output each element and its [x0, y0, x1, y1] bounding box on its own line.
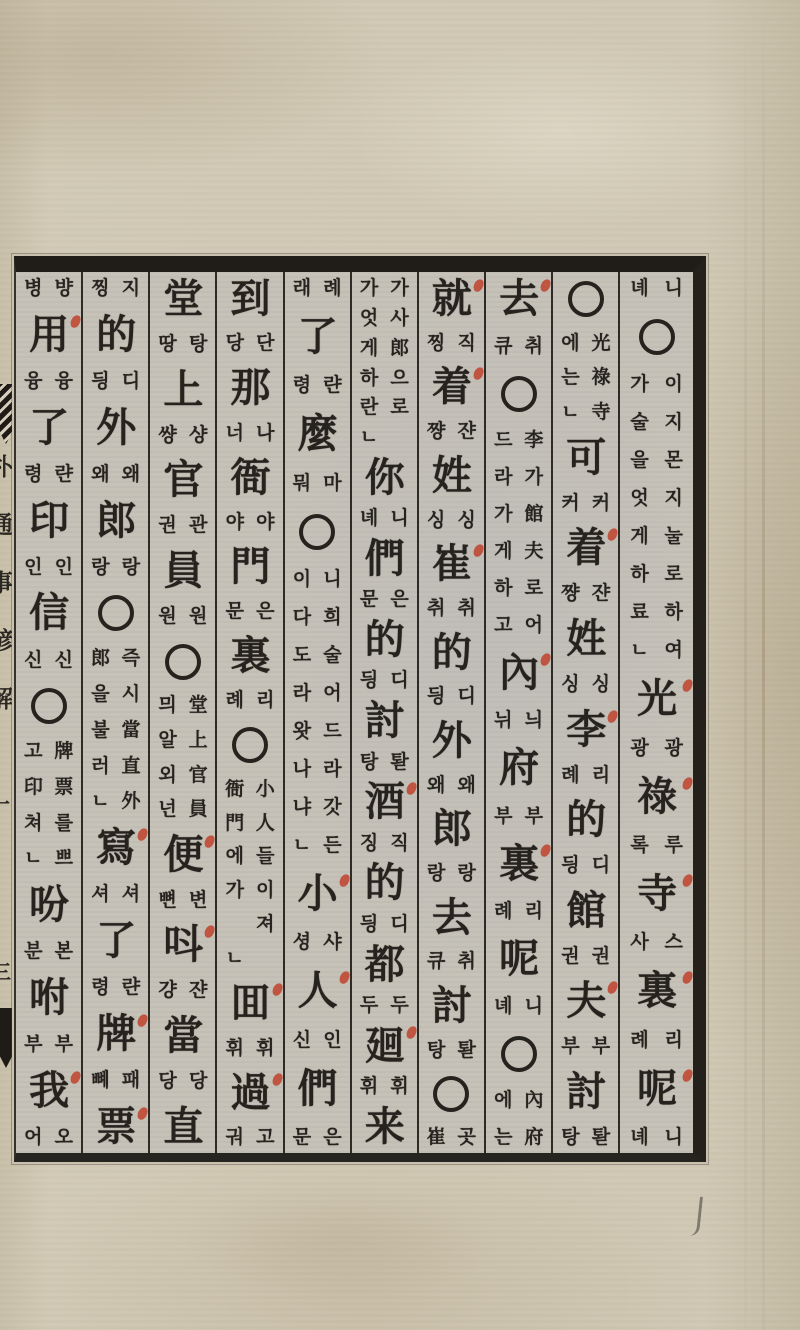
red-tone-mark [681, 970, 694, 985]
gloss-pair: 엇지 [621, 488, 692, 510]
gloss-right: 리 [520, 901, 548, 923]
gloss-right: 니 [658, 1127, 690, 1149]
gloss-right: 은 [318, 1127, 346, 1149]
hanzi-char: 府 [487, 747, 550, 790]
hanzi-char: 崔 [420, 543, 483, 586]
gloss-pair: 이니 [286, 569, 349, 591]
gloss-right: 디 [385, 914, 413, 936]
gloss-pair: 걍쟌 [151, 980, 214, 1002]
gloss-pair: 딍디 [353, 914, 416, 936]
gloss-right: 랸 [318, 375, 346, 397]
hanzi-char: 的 [420, 632, 483, 675]
gloss-left: 휘 [355, 1076, 383, 1098]
gloss-pair: 휘휘 [353, 1076, 416, 1098]
hanzi-char: 都 [353, 944, 416, 987]
gloss-left: 원 [153, 606, 181, 628]
gloss-right: 쟌 [184, 980, 212, 1002]
gloss-pair: 믜堂 [151, 695, 214, 717]
gloss-left: 례 [489, 901, 517, 923]
hanzi-char: 去 [487, 278, 550, 321]
circle-glyph [433, 1076, 469, 1112]
gloss-left: 례 [556, 765, 584, 787]
hanzi-char: 印 [17, 500, 80, 543]
gloss-left: 권 [153, 515, 181, 537]
gloss-left: 왓 [288, 721, 316, 743]
gloss-right: 퇃 [452, 1040, 480, 1062]
red-tone-mark [681, 775, 694, 790]
gloss-pair: 뼌변 [151, 890, 214, 912]
hanzi-char: 李 [554, 709, 617, 752]
gloss-left: 왜 [422, 775, 450, 797]
hanzi-char: 着 [554, 527, 617, 570]
circle-glyph [165, 644, 201, 680]
gloss-right: 퇃 [587, 1127, 615, 1149]
gloss-right: 官 [184, 765, 212, 787]
gloss-pair: 나라 [286, 759, 349, 781]
gloss-right: 로 [520, 578, 548, 600]
gloss-pair: 라어 [286, 683, 349, 705]
gloss-right: 寺 [587, 402, 615, 424]
hanzi-char: 郎 [84, 500, 147, 543]
red-tone-mark [681, 873, 694, 888]
gloss-left: 하 [355, 368, 383, 390]
hanzi-char: 官 [151, 459, 214, 502]
red-tone-mark [472, 366, 485, 381]
gloss-left: 신 [288, 1030, 316, 1052]
gloss-pair: 딍디 [554, 855, 617, 877]
gloss-right: 신 [50, 650, 78, 672]
gloss-left: 인 [19, 557, 47, 579]
gloss-right: 취 [452, 951, 480, 973]
gloss-left: 부 [489, 806, 517, 828]
gloss-right: 지 [658, 488, 690, 510]
gloss-left: 취 [422, 598, 450, 620]
gloss-pair: 래례 [286, 278, 349, 300]
gloss-right: 가 [385, 278, 413, 300]
translation-start-circle [17, 685, 80, 727]
gloss-right: 퇃 [385, 752, 413, 774]
gloss-right: 랸 [117, 977, 145, 999]
gloss-pair: 큐취 [420, 951, 483, 973]
hanzi-char: 過 [218, 1072, 281, 1115]
red-tone-mark [69, 314, 82, 329]
gloss-right: 단 [251, 333, 279, 355]
gloss-pair: 엇사 [353, 308, 416, 330]
gloss-left: 싱 [422, 510, 450, 532]
gloss-pair: 러直 [84, 756, 147, 778]
gloss-left: 가 [489, 504, 517, 526]
gloss-right: 니 [658, 278, 690, 300]
gloss-right: 이 [658, 374, 690, 396]
hanzi-char: 着 [420, 366, 483, 409]
hanzi-char: 的 [84, 314, 147, 357]
gloss-left: 당 [221, 333, 249, 355]
red-tone-mark [271, 1072, 284, 1087]
hanzi-char: 咐 [17, 977, 80, 1020]
translation-start-circle [286, 511, 349, 553]
gloss-pair: 게夫 [487, 541, 550, 563]
gloss-right: 로 [385, 397, 413, 419]
gloss-left: ㄴ [624, 640, 656, 662]
gloss-pair: 다희 [286, 607, 349, 629]
gloss-pair: ㄴ쁘 [17, 848, 80, 870]
printed-text-frame: 녜니가이술지을몬엇지게눌하로료하ㄴ여光광광祿록루寺사스裏례리呢녜니에光는祿ㄴ寺可… [14, 256, 706, 1162]
gloss-left: 부 [19, 1034, 47, 1056]
hanzi-char: 酒 [353, 781, 416, 824]
gloss-left: 융 [19, 371, 47, 393]
hanzi-char: 信 [17, 592, 80, 635]
gloss-pair: 게郎 [353, 338, 416, 360]
gloss-pair: 두두 [353, 995, 416, 1017]
gloss-pair: 병뱡 [17, 278, 80, 300]
gloss-right: 고 [251, 1127, 279, 1149]
gloss-left: 탕 [556, 1127, 584, 1149]
gloss-right: 갓 [318, 797, 346, 819]
gloss-right: 부 [520, 806, 548, 828]
gloss-pair: 부부 [554, 1036, 617, 1058]
gloss-left: 딍 [422, 686, 450, 708]
paper-crease [762, 0, 765, 1330]
gloss-pair: 가이 [621, 374, 692, 396]
fishtail-ornament-upper-icon [0, 384, 15, 444]
gloss-right: 당 [184, 1071, 212, 1093]
hanzi-char: 門 [218, 546, 281, 589]
gloss-right: 눌 [658, 526, 690, 548]
gloss-pair: 뼤패 [84, 1070, 147, 1092]
hanzi-char: 們 [286, 1068, 349, 1111]
gloss-pair: 융융 [17, 371, 80, 393]
gloss-pair: 쨩쟌 [554, 583, 617, 605]
gloss-pair: 셔셔 [84, 884, 147, 906]
gloss-right: 마 [318, 473, 346, 495]
red-tone-mark [338, 970, 351, 985]
hanzi-char: 郎 [420, 808, 483, 851]
hanzi-char: 人 [286, 970, 349, 1013]
gloss-pair: 딍디 [84, 371, 147, 393]
gloss-left: 쳐 [19, 813, 47, 835]
gloss-right: 小 [251, 779, 279, 801]
hanzi-char: 呢 [487, 938, 550, 981]
gloss-pair: 광광 [621, 738, 692, 760]
hanzi-char: 員 [151, 550, 214, 593]
gloss-right: 변 [184, 890, 212, 912]
gloss-pair: 門人 [218, 813, 281, 835]
gloss-pair: 인인 [17, 557, 80, 579]
gloss-pair: 너나 [218, 423, 281, 445]
gloss-left: 는 [489, 1127, 517, 1149]
gloss-left: 에 [221, 846, 249, 868]
text-column-1: 녜니가이술지을몬엇지게눌하로료하ㄴ여光광광祿록루寺사스裏례리呢녜니 [618, 272, 693, 1153]
hanzi-char: 小 [286, 873, 349, 916]
gloss-pair: 도술 [286, 645, 349, 667]
gloss-left: 을 [86, 684, 114, 706]
gloss-left: 에 [556, 333, 584, 355]
gloss-right: 랑 [117, 557, 145, 579]
gloss-right: 夫 [520, 541, 548, 563]
gloss-right: 어 [318, 683, 346, 705]
gloss-right: 디 [117, 371, 145, 393]
gloss-pair: 불當 [84, 720, 147, 742]
gloss-left: 징 [355, 833, 383, 855]
gloss-right: 원 [184, 606, 212, 628]
gloss-left: 드 [489, 430, 517, 452]
gloss-right: 은 [385, 589, 413, 611]
gloss-right: 사 [385, 308, 413, 330]
gloss-pair: 랑랑 [420, 863, 483, 885]
gloss-right: 취 [520, 336, 548, 358]
gloss-left: 찡 [86, 278, 114, 300]
gloss-right: 票 [50, 777, 78, 799]
gloss-left: 을 [624, 450, 656, 472]
gloss-pair: 궈고 [218, 1127, 281, 1149]
gloss-right: 희 [318, 607, 346, 629]
gloss-right: 員 [184, 799, 212, 821]
gloss-left: 게 [624, 526, 656, 548]
hanzi-char: 廻 [353, 1025, 416, 1068]
hanzi-char: 那 [218, 367, 281, 410]
translation-start-circle [218, 724, 281, 766]
gloss-right: 府 [520, 1127, 548, 1149]
gloss-right: 샹 [184, 425, 212, 447]
spine-title-char: 朴 [0, 452, 14, 510]
gloss-pair: ㄴ든 [286, 835, 349, 857]
gloss-pair: 술지 [621, 412, 692, 434]
gloss-pair: 권관 [151, 515, 214, 537]
hanzi-char: 討 [420, 985, 483, 1028]
gloss-pair: 록루 [621, 835, 692, 857]
gloss-pair: 란로 [353, 397, 416, 419]
gloss-right: 어 [520, 615, 548, 637]
red-tone-mark [204, 924, 217, 939]
gloss-left: 냐 [288, 797, 316, 819]
hanzi-char: 寺 [621, 873, 692, 916]
red-tone-mark [405, 1025, 418, 1040]
gloss-pair: 衙小 [218, 779, 281, 801]
gloss-right: 든 [318, 835, 346, 857]
gloss-right: 광 [658, 738, 690, 760]
gloss-right: 들 [251, 846, 279, 868]
gloss-pair: 탕퇃 [420, 1040, 483, 1062]
gloss-left: 뉘 [489, 710, 517, 732]
gloss-right: 郎 [385, 338, 413, 360]
gloss-left: 다 [288, 607, 316, 629]
gloss-pair: 문은 [353, 589, 416, 611]
circle-glyph [31, 688, 67, 724]
gloss-pair: 외官 [151, 765, 214, 787]
red-tone-mark [606, 527, 619, 542]
gloss-left: 문 [288, 1127, 316, 1149]
text-column-5: 가가엇사게郎하으란로ㄴ你녜니們문은的딍디討탕퇃酒징직的딍디都두두廻휘휘来 [350, 272, 417, 1153]
gloss-pair: 부부 [487, 806, 550, 828]
gloss-right: 융 [50, 371, 78, 393]
hanzi-char: 光 [621, 678, 692, 721]
gloss-right: 시 [117, 684, 145, 706]
gloss-left: 가 [624, 374, 656, 396]
gloss-left: 게 [355, 338, 383, 360]
spine-title-char: 解 [0, 684, 14, 742]
gloss-left: 쨩 [556, 583, 584, 605]
hanzi-char: 可 [554, 437, 617, 480]
gloss-left: 문 [221, 601, 249, 623]
gloss-right: 싱 [452, 510, 480, 532]
hanzi-char: 的 [353, 862, 416, 905]
hanzi-char: 姓 [554, 618, 617, 661]
gloss-pair: 문은 [286, 1127, 349, 1149]
hanzi-char: 来 [353, 1106, 416, 1149]
circle-glyph [568, 281, 604, 317]
circle-glyph [98, 595, 134, 631]
gloss-pair: 딍디 [420, 686, 483, 708]
gloss-pair: 녜니 [487, 996, 550, 1018]
gloss-right: 內 [520, 1090, 548, 1112]
gloss-right: 人 [251, 813, 279, 835]
red-tone-mark [539, 652, 552, 667]
gloss-pair: 고牌 [17, 741, 80, 763]
gloss-right: 쁘 [50, 848, 78, 870]
gloss-pair: 싱싱 [420, 510, 483, 532]
gloss-left: 셩 [288, 932, 316, 954]
gloss-right: 술 [318, 645, 346, 667]
gloss-pair: ㄴ外 [84, 791, 147, 813]
gloss-right: 光 [587, 333, 615, 355]
gloss-pair: 싱싱 [554, 674, 617, 696]
gloss-right: 祿 [587, 367, 615, 389]
gloss-right: 부 [587, 1036, 615, 1058]
gloss-pair: 사스 [621, 932, 692, 954]
circle-glyph [501, 1036, 537, 1072]
gloss-left: 당 [153, 1071, 181, 1093]
gloss-left: ㄴ [19, 848, 47, 870]
text-column-6: 래례了령랸麼뭐마이니다희도술라어왓드나라냐갓ㄴ든小셩샤人신인們문은 [283, 272, 350, 1153]
gloss-right: 커 [587, 493, 615, 515]
gloss-left: 령 [86, 977, 114, 999]
gloss-pair: 녜니 [353, 508, 416, 530]
gloss-pair: 문은 [218, 601, 281, 623]
gloss-right: 탕 [184, 334, 212, 356]
gloss-right: 쟌 [587, 583, 615, 605]
gloss-pair: 휘휘 [218, 1038, 281, 1060]
hanzi-char: 夫 [554, 980, 617, 1023]
hanzi-char: 麼 [286, 413, 349, 456]
gloss-right: 上 [184, 730, 212, 752]
gloss-pair: 는祿 [554, 367, 617, 389]
gloss-right: 으 [385, 368, 413, 390]
fishtail-ornament-lower-icon [0, 1008, 15, 1068]
gloss-left: 광 [624, 738, 656, 760]
gloss-right: 가 [520, 467, 548, 489]
red-tone-mark [137, 1013, 150, 1028]
gloss-left: 녜 [355, 508, 383, 530]
gloss-left: 술 [624, 412, 656, 434]
hanzi-char: 館 [554, 890, 617, 933]
gloss-right: 리 [587, 765, 615, 787]
gloss-left: 록 [624, 835, 656, 857]
gloss-pair: 하으 [353, 368, 416, 390]
gloss-pair: 드李 [487, 430, 550, 452]
red-tone-mark [606, 709, 619, 724]
ink-pen-mark [684, 1195, 703, 1236]
gloss-left: 라 [489, 467, 517, 489]
hanzi-char: 寫 [84, 827, 147, 870]
gloss-pair: 을시 [84, 684, 147, 706]
gloss-right: 두 [385, 995, 413, 1017]
hanzi-char: 呢 [621, 1068, 692, 1111]
gloss-right: 셔 [117, 884, 145, 906]
gloss-pair: 셩샤 [286, 932, 349, 954]
gloss-right: 직 [452, 333, 480, 355]
gloss-right: 은 [251, 601, 279, 623]
gloss-left: 믜 [153, 695, 181, 717]
gloss-left: 료 [624, 602, 656, 624]
gloss-right: 나 [251, 423, 279, 445]
gloss-right: 부 [50, 1034, 78, 1056]
red-tone-mark [271, 982, 284, 997]
gloss-left: 두 [355, 995, 383, 1017]
gloss-right: 곳 [452, 1127, 480, 1149]
hanzi-char: 內 [487, 652, 550, 695]
gloss-pair: 가館 [487, 504, 550, 526]
gloss-right: 디 [452, 686, 480, 708]
gloss-pair: 郎즉 [84, 648, 147, 670]
hanzi-char: 當 [151, 1015, 214, 1058]
gloss-left: 崔 [422, 1127, 450, 1149]
gloss-left: 병 [19, 278, 47, 300]
spine-volume-number: 一 [0, 788, 10, 817]
gloss-right: 로 [658, 564, 690, 586]
gloss-left: 딍 [355, 670, 383, 692]
hanzi-char: 討 [353, 700, 416, 743]
gloss-pair: 령랸 [286, 375, 349, 397]
gloss-right: 니 [318, 569, 346, 591]
circle-glyph [501, 376, 537, 412]
gloss-pair: 찡지 [84, 278, 147, 300]
translation-start-circle [151, 641, 214, 683]
gloss-left: 야 [221, 512, 249, 534]
gloss-left: 사 [624, 932, 656, 954]
gloss-pair: 에들 [218, 846, 281, 868]
gloss-left: 불 [86, 720, 114, 742]
gloss-left: 가 [355, 278, 383, 300]
gloss-right: 왜 [452, 775, 480, 797]
gloss-left: 게 [489, 541, 517, 563]
gloss-left: 이 [288, 569, 316, 591]
gloss-right: 堂 [184, 695, 212, 717]
translation-start-circle [554, 278, 617, 320]
gloss-left: 썅 [153, 425, 181, 447]
gloss-pair: 녜니 [621, 278, 692, 300]
gloss-pair: 부부 [17, 1034, 80, 1056]
gloss-pair: 을몬 [621, 450, 692, 472]
gloss-pair: 쨩쟌 [420, 421, 483, 443]
hanzi-char: 我 [17, 1070, 80, 1113]
hanzi-char: 的 [554, 799, 617, 842]
gloss-pair: 례리 [554, 765, 617, 787]
gloss-right: 外 [117, 791, 145, 813]
translation-start-circle [487, 373, 550, 415]
gloss-left: 고 [19, 741, 47, 763]
hanzi-char: 到 [218, 278, 281, 321]
gloss-pair: 탕퇃 [554, 1127, 617, 1149]
gloss-left: 부 [556, 1036, 584, 1058]
hanzi-char: 去 [420, 897, 483, 940]
gloss-left: 나 [288, 759, 316, 781]
gloss-right: 관 [184, 515, 212, 537]
gloss-pair: 당단 [218, 333, 281, 355]
hanzi-char: 外 [84, 407, 147, 450]
gloss-pair: 에光 [554, 333, 617, 355]
gloss-pair: 쳐를 [17, 813, 80, 835]
gloss-pair: 커커 [554, 493, 617, 515]
